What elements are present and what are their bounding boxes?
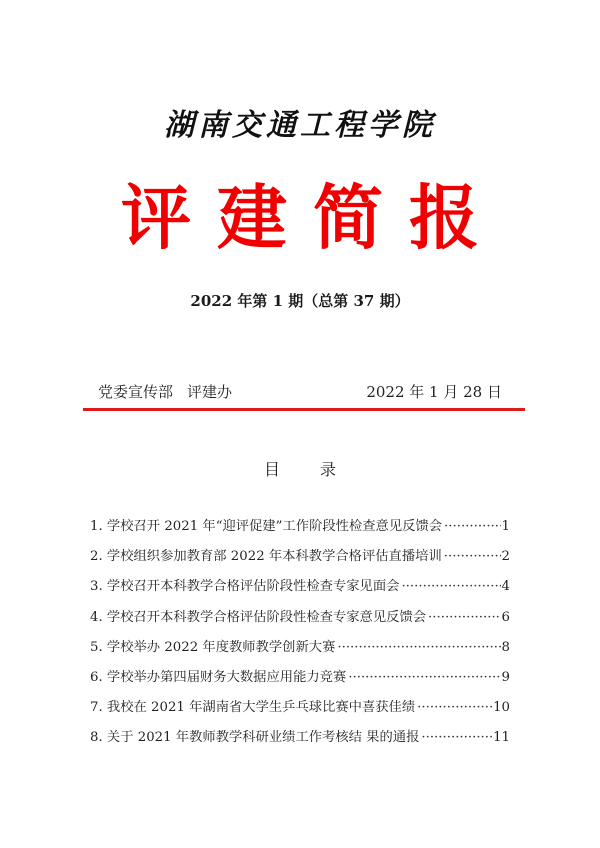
toc-item[interactable]: 5. 学校举办 2022 年度教师教学创新大赛 8 — [90, 636, 510, 666]
table-of-contents: 1. 学校召开 2021 年“迎评促建”工作阶段性检查意见反馈会 1 2. 学校… — [90, 515, 510, 757]
leader-dots — [444, 549, 501, 564]
toc-item-title: 6. 学校举办第四届财务大数据应用能力竞赛 — [90, 666, 346, 685]
toc-item-title: 5. 学校举办 2022 年度教师教学创新大赛 — [90, 636, 335, 655]
toc-item[interactable]: 8. 关于 2021 年教师教学科研业绩工作考核结 果的通报 11 — [90, 726, 510, 756]
toc-item-page: 2 — [502, 549, 510, 564]
red-divider — [83, 408, 525, 411]
toc-item[interactable]: 2. 学校组织参加教育部 2022 年本科教学合格评估直播培训 2 — [90, 545, 510, 575]
toc-item-page: 10 — [493, 700, 510, 715]
meta-row: 党委宣传部评建办 2022 年 1 月 28 日 — [98, 381, 502, 402]
toc-item-page: 8 — [502, 640, 510, 655]
bulletin-title: 评建简报 — [0, 178, 600, 258]
department: 党委宣传部 — [98, 383, 173, 401]
issue-number: 2022 年第 1 期（总第 37 期） — [0, 290, 600, 311]
toc-item[interactable]: 3. 学校召开本科教学合格评估阶段性检查专家见面会 4 — [90, 575, 510, 605]
office: 评建办 — [187, 383, 232, 401]
toc-item-title: 2. 学校组织参加教育部 2022 年本科教学合格评估直播培训 — [90, 545, 442, 564]
toc-item-title: 4. 学校召开本科教学合格评估阶段性检查专家意见反馈会 — [90, 606, 426, 625]
leader-dots — [444, 519, 500, 534]
toc-item-page: 4 — [502, 579, 510, 594]
publisher: 党委宣传部评建办 — [98, 381, 232, 402]
leader-dots — [348, 670, 500, 685]
toc-item-title: 8. 关于 2021 年教师教学科研业绩工作考核结 果的通报 — [90, 726, 419, 745]
leader-dots — [428, 610, 500, 625]
toc-item-page: 9 — [502, 670, 510, 685]
toc-item[interactable]: 1. 学校召开 2021 年“迎评促建”工作阶段性检查意见反馈会 1 — [90, 515, 510, 545]
toc-heading: 目录 — [0, 457, 600, 480]
publish-date: 2022 年 1 月 28 日 — [366, 381, 502, 402]
school-name: 湖南交通工程学院 — [0, 100, 600, 144]
toc-item-page: 11 — [493, 730, 510, 745]
leader-dots — [401, 579, 500, 594]
leader-dots — [337, 640, 500, 655]
toc-item[interactable]: 6. 学校举办第四届财务大数据应用能力竞赛 9 — [90, 666, 510, 696]
toc-item-page: 1 — [502, 519, 510, 534]
leader-dots — [417, 700, 492, 715]
toc-item-title: 1. 学校召开 2021 年“迎评促建”工作阶段性检查意见反馈会 — [90, 515, 442, 534]
toc-item-title: 3. 学校召开本科教学合格评估阶段性检查专家见面会 — [90, 575, 399, 594]
toc-item-page: 6 — [502, 610, 510, 625]
toc-item[interactable]: 4. 学校召开本科教学合格评估阶段性检查专家意见反馈会 6 — [90, 606, 510, 636]
toc-item-title: 7. 我校在 2021 年湖南省大学生乒乓球比赛中喜获佳绩 — [90, 696, 415, 715]
toc-item[interactable]: 7. 我校在 2021 年湖南省大学生乒乓球比赛中喜获佳绩 10 — [90, 696, 510, 726]
leader-dots — [421, 730, 492, 745]
